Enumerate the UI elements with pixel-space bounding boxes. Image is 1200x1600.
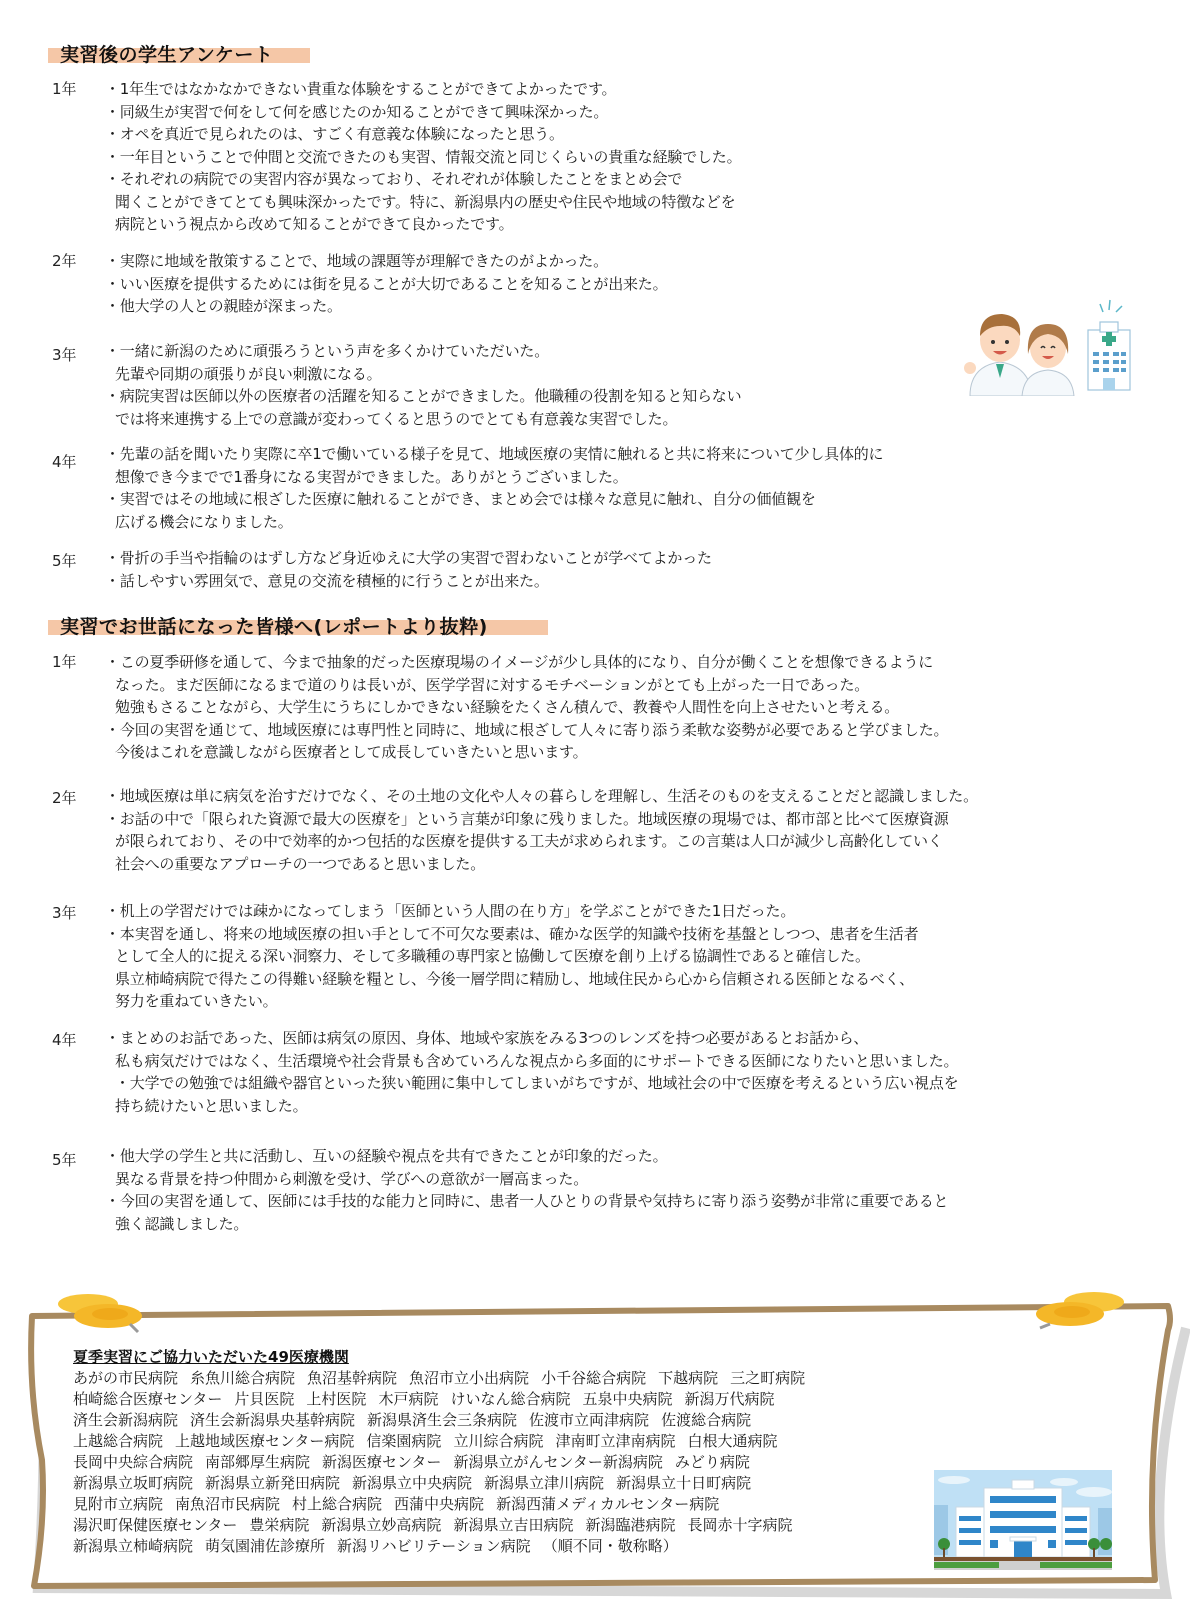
comment-lines: ・まとめのお話であった、医師は病気の原因、身体、地域や家族をみる3つのレンズを持… [105, 1027, 958, 1117]
year-label: 3年 [52, 902, 77, 924]
year-label: 4年 [52, 451, 77, 473]
comment-line: ・今回の実習を通じて、地域医療には専門性と同時に、地域に根ざして人々に寄り添う柔… [105, 719, 948, 742]
year-label: 2年 [52, 787, 77, 809]
comment-line: なった。まだ医師になるまで道のりは長いが、医学学習に対するモチベーションがとても… [105, 674, 948, 697]
comment-line: 病院という視点から改めて知ることができて良かったです。 [105, 213, 741, 236]
year-label: 5年 [52, 1149, 77, 1171]
comment-lines: ・実際に地域を散策することで、地域の課題等が理解できたのがよかった。 ・いい医療… [105, 250, 667, 318]
institutions-title: 夏季実習にご協力いただいた49医療機関 [73, 1347, 933, 1368]
comment-line: ・同級生が実習で何をして何を感じたのか知ることができて興味深かった。 [105, 101, 741, 124]
comment-line: 異なる背景を持つ仲間から刺激を受け、学びへの意欲が一層高まった。 [105, 1168, 948, 1191]
hospital-building-illustration [934, 1470, 1112, 1570]
comment-line: 広げる機会になりました。 [105, 511, 883, 534]
comment-line: 私も病気だけではなく、生活環境や社会背景も含めていろんな視点から多面的にサポート… [105, 1050, 958, 1073]
comment-line: ・この夏季研修を通して、今まで抽象的だった医療現場のイメージが少し具体的になり、… [105, 651, 948, 674]
comment-line: では将来連携する上での意識が変わってくると思うのでとても有意義な実習でした。 [105, 408, 741, 431]
comment-line: ・今回の実習を通して、医師には手技的な能力と同時に、患者一人ひとりの背景や気持ち… [105, 1190, 948, 1213]
comment-line: ・オペを真近で見られたのは、すごく有意義な体験になったと思う。 [105, 123, 741, 146]
comment-line: ・実際に地域を散策することで、地域の課題等が理解できたのがよかった。 [105, 250, 667, 273]
institution-row: 長岡中央綜合病院南部郷厚生病院新潟医療センター新潟県立がんセンター新潟病院みどり… [73, 1452, 933, 1473]
institutions-list: 夏季実習にご協力いただいた49医療機関 あがの市民病院糸魚川総合病院魚沼基幹病院… [73, 1347, 933, 1557]
comment-line: 持ち続けたいと思いました。 [105, 1095, 958, 1118]
comment-line: ・一年目ということで仲間と交流できたのも実習、情報交流と同じくらいの貴重な経験で… [105, 146, 741, 169]
comment-lines: ・机上の学習だけでは疎かになってしまう「医師という人間の在り方」を学ぶことができ… [105, 900, 918, 1013]
comment-line: ・大学での勉強では組織や器官といった狭い範囲に集中してしまいがちですが、地域社会… [105, 1072, 958, 1095]
comment-lines: ・一緒に新潟のために頑張ろうという声を多くかけていただいた。 先輩や同期の頑張り… [105, 340, 741, 430]
comment-line: ・先輩の話を聞いたり実際に卒1で働いている様子を見て、地域医療の実情に触れると共… [105, 443, 883, 466]
comment-lines: ・地域医療は単に病気を治すだけでなく、その土地の文化や人々の暮らしを理解し、生活… [105, 785, 978, 875]
comment-line: ・骨折の手当や指輪のはずし方など身近ゆえに大学の実習で習わないことが学べてよかっ… [105, 547, 712, 570]
comment-line: ・他大学の人との親睦が深まった。 [105, 295, 667, 318]
year-label: 3年 [52, 344, 77, 366]
comment-line: ・実習ではその地域に根ざした医療に触れることができ、まとめ会では様々な意見に触れ… [105, 488, 883, 511]
year-label: 2年 [52, 250, 77, 272]
institution-row: 新潟県立柿崎病院萌気園浦佐診療所新潟リハビリテーション病院（順不同・敬称略） [73, 1536, 933, 1557]
comment-line: として全人的に捉える深い洞察力、そして多職種の専門家と協働して医療を創り上げる協… [105, 945, 918, 968]
comment-line: 先輩や同期の頑張りが良い刺激になる。 [105, 363, 741, 386]
page: 実習後の学生アンケート 1年 ・1年生ではなかなかできない貴重な体験をすることが… [0, 0, 1200, 1600]
comment-lines: ・他大学の学生と共に活動し、互いの経験や視点を共有できたことが印象的だった。 異… [105, 1145, 948, 1235]
comment-lines: ・先輩の話を聞いたり実際に卒1で働いている様子を見て、地域医療の実情に触れると共… [105, 443, 883, 533]
comment-line: ・机上の学習だけでは疎かになってしまう「医師という人間の在り方」を学ぶことができ… [105, 900, 918, 923]
comment-line: ・お話の中で「限られた資源で最大の医療を」という言葉が印象に残りました。地域医療… [105, 808, 978, 831]
comment-line: ・まとめのお話であった、医師は病気の原因、身体、地域や家族をみる3つのレンズを持… [105, 1027, 958, 1050]
comment-line: 今後はこれを意識しながら医療者として成長していきたいと思います。 [105, 741, 948, 764]
doctors-hospital-illustration [960, 296, 1140, 396]
comment-line: ・話しやすい雰囲気で、意見の交流を積極的に行うことが出来た。 [105, 570, 712, 593]
institution-row: 湯沢町保健医療センター豊栄病院新潟県立妙高病院新潟県立吉田病院新潟臨港病院長岡赤… [73, 1515, 933, 1536]
comment-line: ・一緒に新潟のために頑張ろうという声を多くかけていただいた。 [105, 340, 741, 363]
comment-line: 勉強もさることながら、大学生にうちにしかできない経験をたくさん積んで、教養や人間… [105, 696, 948, 719]
hospital-building-icon [1088, 300, 1130, 390]
institution-row: 上越総合病院上越地域医療センター病院信楽園病院立川綜合病院津南町立津南病院白根大… [73, 1431, 933, 1452]
comment-line: 聞くことができてとても興味深かったです。特に、新潟県内の歴史や住民や地域の特徴な… [105, 191, 741, 214]
comment-lines: ・骨折の手当や指輪のはずし方など身近ゆえに大学の実習で習わないことが学べてよかっ… [105, 547, 712, 592]
comment-line: 強く認識しました。 [105, 1213, 948, 1236]
comment-line: ・他大学の学生と共に活動し、互いの経験や視点を共有できたことが印象的だった。 [105, 1145, 948, 1168]
institution-row: 新潟県立坂町病院新潟県立新発田病院新潟県立中央病院新潟県立津川病院新潟県立十日町… [73, 1473, 933, 1494]
comment-line: 努力を重ねていきたい。 [105, 990, 918, 1013]
comment-lines: ・この夏季研修を通して、今まで抽象的だった医療現場のイメージが少し具体的になり、… [105, 651, 948, 764]
year-label: 4年 [52, 1029, 77, 1051]
year-label: 5年 [52, 550, 77, 572]
reports-section-title: 実習でお世話になった皆様へ(レポートより抜粋) [48, 614, 548, 640]
institution-row: 柏崎総合医療センター片貝医院上村医院木戸病院けいなん総合病院五泉中央病院新潟万代… [73, 1389, 933, 1410]
comment-line: ・本実習を通し、将来の地域医療の担い手として不可欠な要素は、確かな医学的知識や技… [105, 923, 918, 946]
institution-row: 見附市立病院南魚沼市民病院村上総合病院西蒲中央病院新潟西蒲メディカルセンター病院 [73, 1494, 933, 1515]
comment-line: ・地域医療は単に病気を治すだけでなく、その土地の文化や人々の暮らしを理解し、生活… [105, 785, 978, 808]
year-label: 1年 [52, 78, 77, 100]
comment-line: 社会への重要なアプローチの一つであると思いました。 [105, 853, 978, 876]
comment-line: ・病院実習は医師以外の医療者の活躍を知ることができました。他職種の役割を知ると知… [105, 385, 741, 408]
comment-line: ・それぞれの病院での実習内容が異なっており、それぞれが体験したことをまとめ会で [105, 168, 741, 191]
institution-row: あがの市民病院糸魚川総合病院魚沼基幹病院魚沼市立小出病院小千谷総合病院下越病院三… [73, 1368, 933, 1389]
female-doctor-icon [1022, 324, 1074, 396]
comment-line: 県立柿崎病院で得たこの得難い経験を糧とし、今後一層学問に精励し、地域住民から心か… [105, 968, 918, 991]
comment-lines: ・1年生ではなかなかできない貴重な体験をすることができてよかったです。 ・同級生… [105, 78, 741, 236]
comment-line: 想像でき今までで1番身になる実習ができました。ありがとうございました。 [105, 466, 883, 489]
comment-line: が限られており、その中で効率的かつ包括的な医療を提供する工夫が求められます。この… [105, 830, 978, 853]
institution-row: 済生会新潟病院済生会新潟県央基幹病院新潟県済生会三条病院佐渡市立両津病院佐渡総合… [73, 1410, 933, 1431]
male-doctor-icon [964, 314, 1032, 396]
comment-line: ・1年生ではなかなかできない貴重な体験をすることができてよかったです。 [105, 78, 741, 101]
survey-section-title: 実習後の学生アンケート [48, 42, 310, 68]
year-label: 1年 [52, 651, 77, 673]
comment-line: ・いい医療を提供するためには街を見ることが大切であることを知ることが出来た。 [105, 273, 667, 296]
